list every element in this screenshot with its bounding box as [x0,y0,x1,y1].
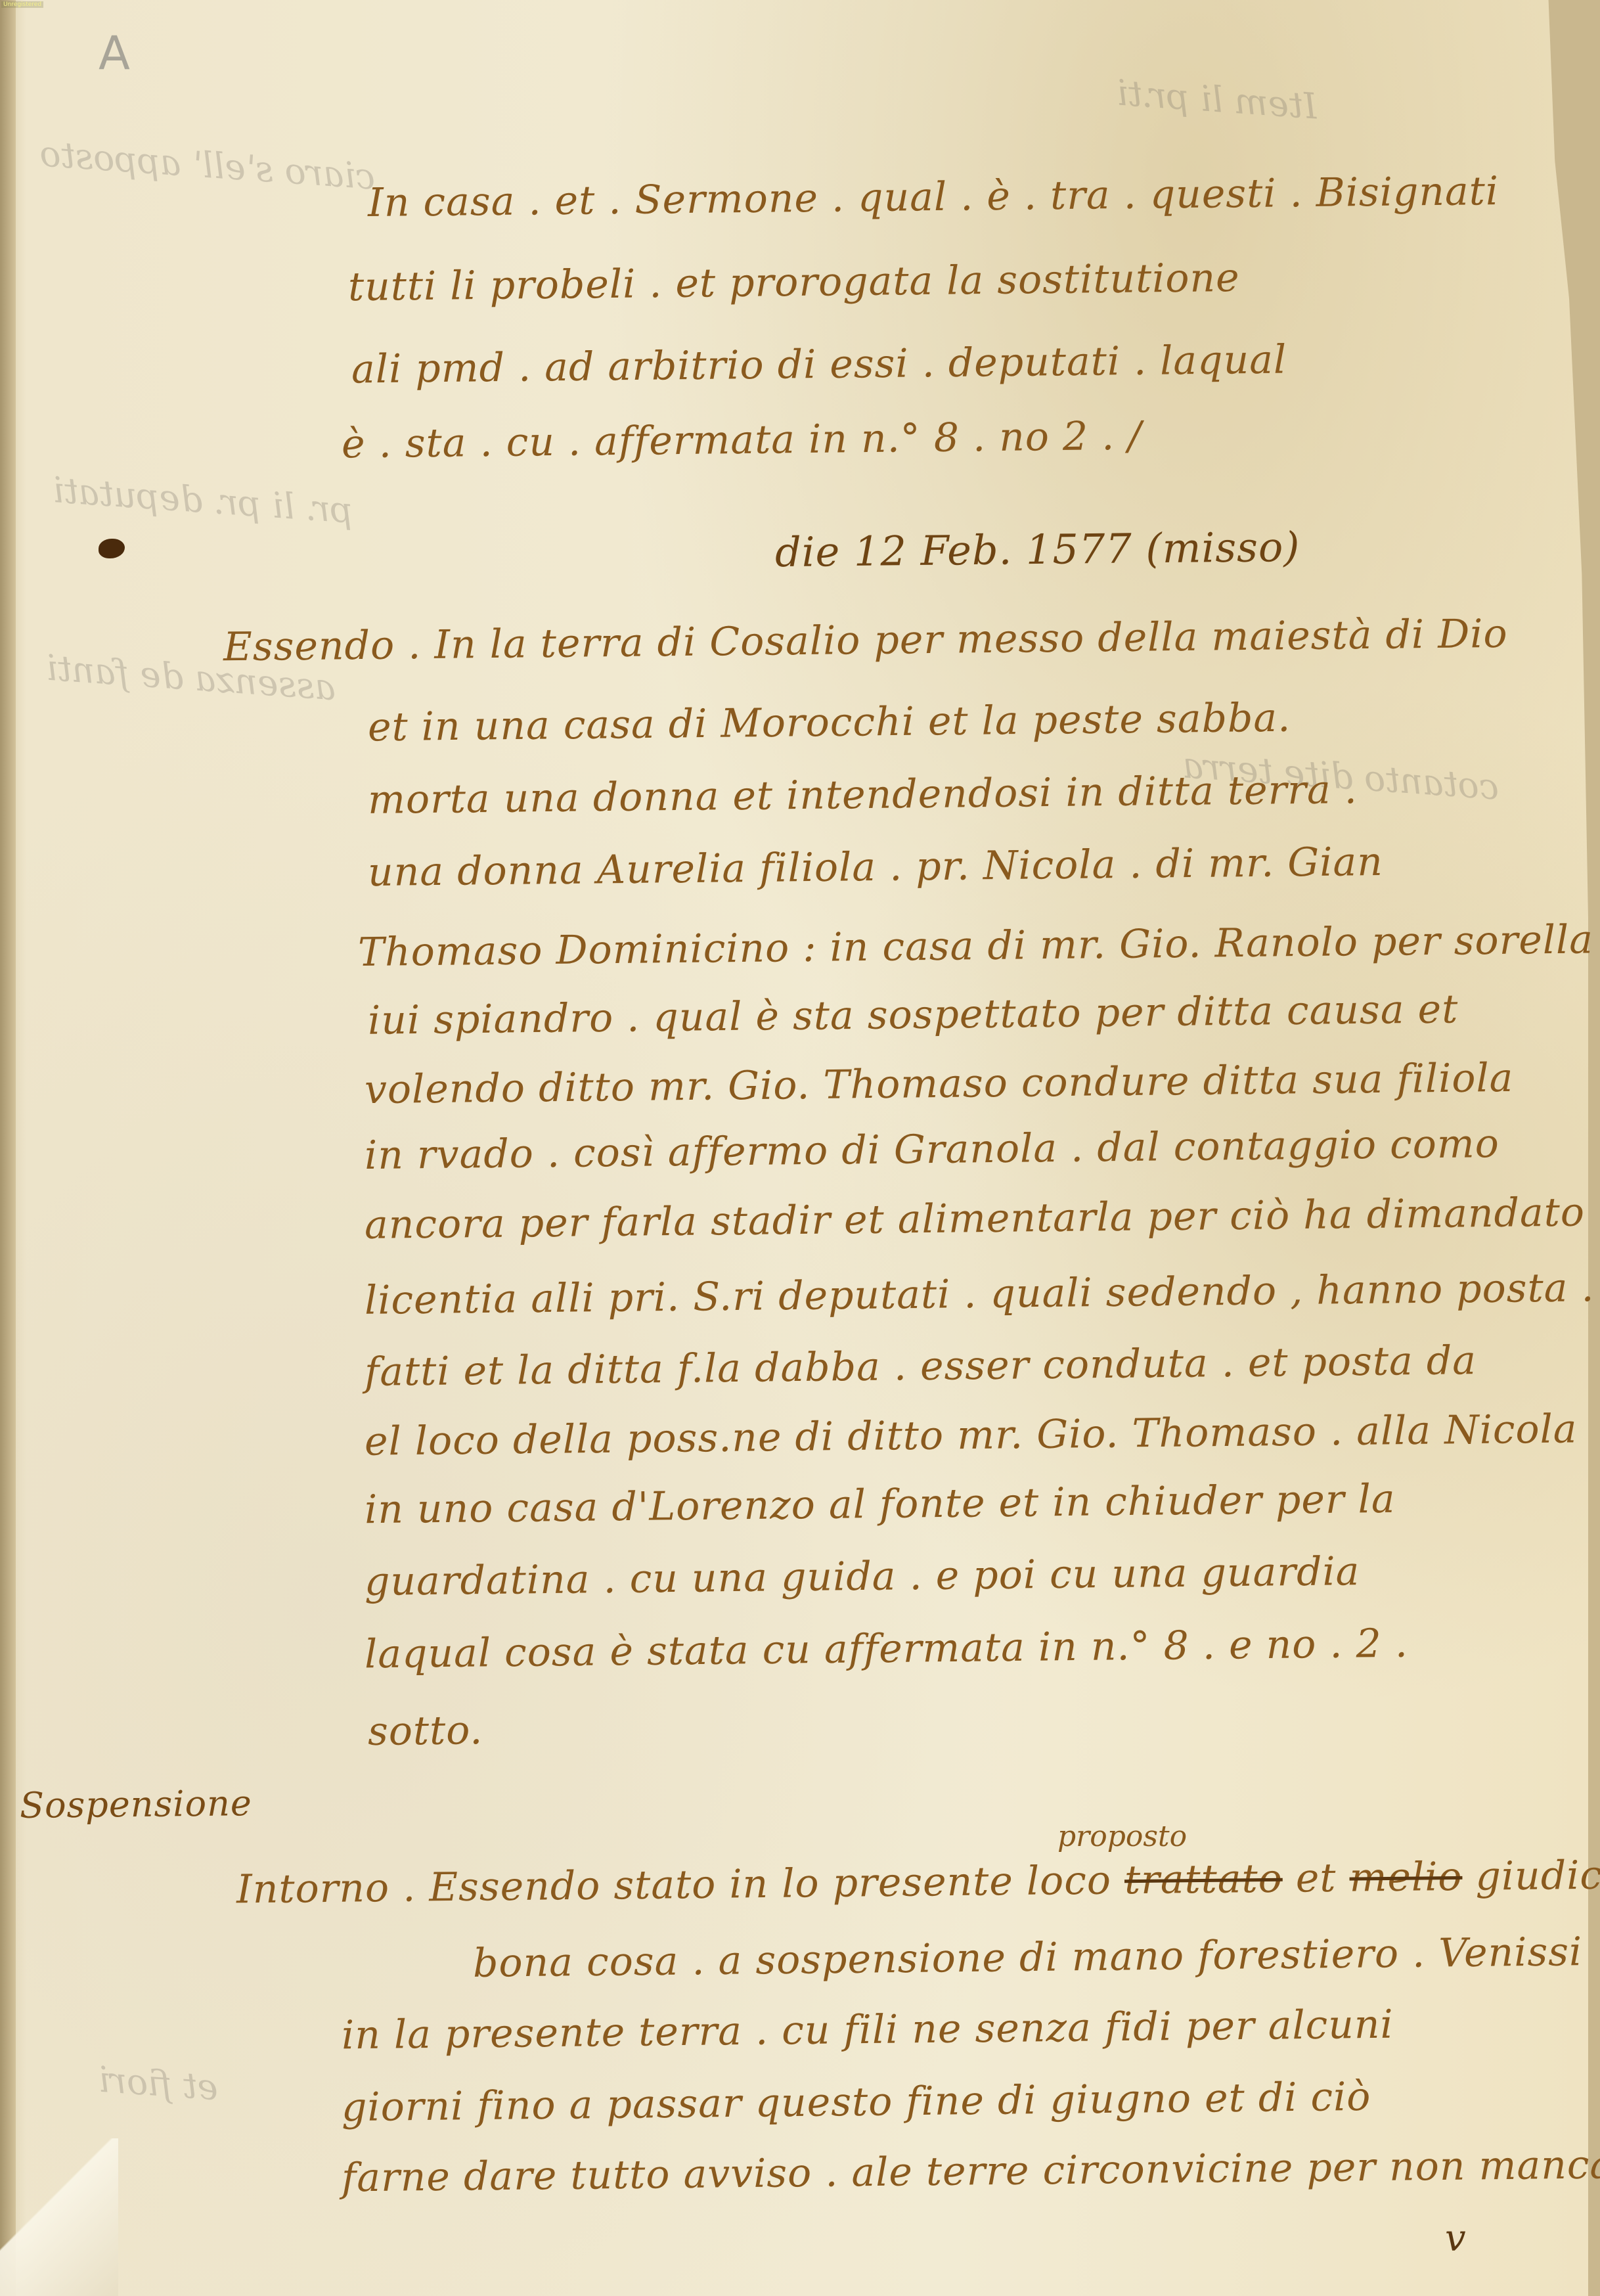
text-line: ali pmd . ad arbitrio di essi . deputati… [351,337,1287,393]
text-line: et in una casa di Morocchi et la peste s… [368,695,1291,751]
text-line: è . sta . cu . affermata in n.° 8 . no 2… [342,413,1142,468]
bleed-through-text: et fiori [97,2059,219,2109]
margin-note: Sospensione [20,1782,252,1826]
struck-word: melio [1349,1854,1463,1901]
text-line: sotto. [368,1707,483,1755]
binding-edge [0,0,16,2296]
folded-corner [0,2138,118,2296]
folio-mark: A [99,26,130,80]
end-mark: v [1445,2217,1466,2260]
unregistered-watermark: Unregistered [1,1,43,8]
text-line: tutti li probeli . et prorogata la sosti… [348,255,1240,310]
line-start: Intorno . Essendo stato in lo presente l… [236,1857,1125,1912]
dateline: die 12 Feb. 1577 (misso) [775,523,1300,576]
supralinear-correction: proposto [1057,1820,1187,1853]
line-mid: et [1282,1855,1349,1902]
struck-word: trattato [1124,1856,1283,1904]
line-end: giudicato [1462,1852,1600,1900]
